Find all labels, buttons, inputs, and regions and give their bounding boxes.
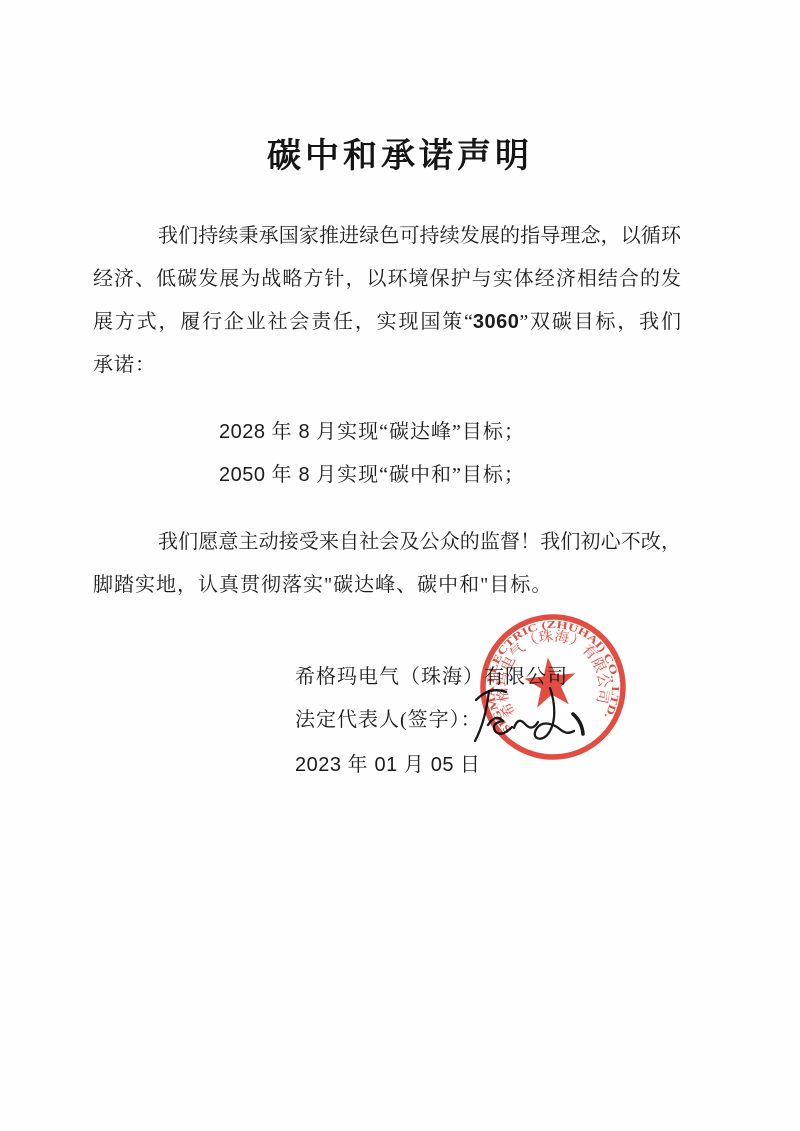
commitment2-year: 2050 — [219, 464, 266, 486]
paragraph1-line4: 承诺： — [93, 350, 156, 380]
date-month: 01 — [375, 754, 398, 776]
commitment2-month: 8 — [299, 464, 311, 486]
date-year-unit: 年 — [342, 754, 375, 776]
page-title: 碳中和承诺声明 — [0, 128, 800, 177]
paragraph1-line2: 经济、低碳发展为战略方针，以环境保护与实体经济相结合的发 — [93, 264, 681, 294]
company-name: 希格玛电气（珠海）有限公司 — [295, 662, 568, 692]
legal-representative-label: 法定代表人(签字）： — [295, 705, 482, 735]
commitment1-year: 2028 — [219, 421, 266, 443]
commitment2-year-unit: 年 — [266, 464, 299, 486]
commitment1-month: 8 — [299, 421, 311, 443]
date-day-unit: 日 — [454, 754, 481, 776]
paragraph1-line3-post: ”双碳目标，我们 — [519, 311, 681, 333]
date-month-unit: 月 — [398, 754, 431, 776]
paragraph2-line1: 我们愿意主动接受来自社会及公众的监督！我们初心不改， — [158, 527, 681, 557]
paragraph2-line2: 脚踏实地，认真贯彻落实"碳达峰、碳中和"目标。 — [93, 570, 552, 600]
commitment1-year-unit: 年 — [266, 421, 299, 443]
date-line: 2023 年 01 月 05 日 — [295, 750, 481, 780]
commitment-peak-carbon: 2028 年 8 月实现“碳达峰”目标； — [219, 417, 525, 447]
paragraph1-line3: 展方式，履行企业社会责任，实现国策“3060”双碳目标，我们 — [93, 307, 681, 337]
commitment1-text: 月实现“碳达峰”目标； — [310, 421, 525, 443]
date-day: 05 — [431, 754, 454, 776]
commitment2-text: 月实现“碳中和”目标； — [310, 464, 525, 486]
paragraph1-line1: 我们持续秉承国家推进绿色可持续发展的指导理念，以循环 — [158, 221, 681, 251]
document-page: 碳中和承诺声明 我们持续秉承国家推进绿色可持续发展的指导理念，以循环 经济、低碳… — [0, 0, 800, 1131]
date-year: 2023 — [295, 754, 342, 776]
commitment-carbon-neutral: 2050 年 8 月实现“碳中和”目标； — [219, 460, 525, 490]
policy-number-3060: 3060 — [473, 311, 520, 333]
paragraph1-line3-pre: 展方式，履行企业社会责任，实现国策“ — [93, 311, 473, 333]
